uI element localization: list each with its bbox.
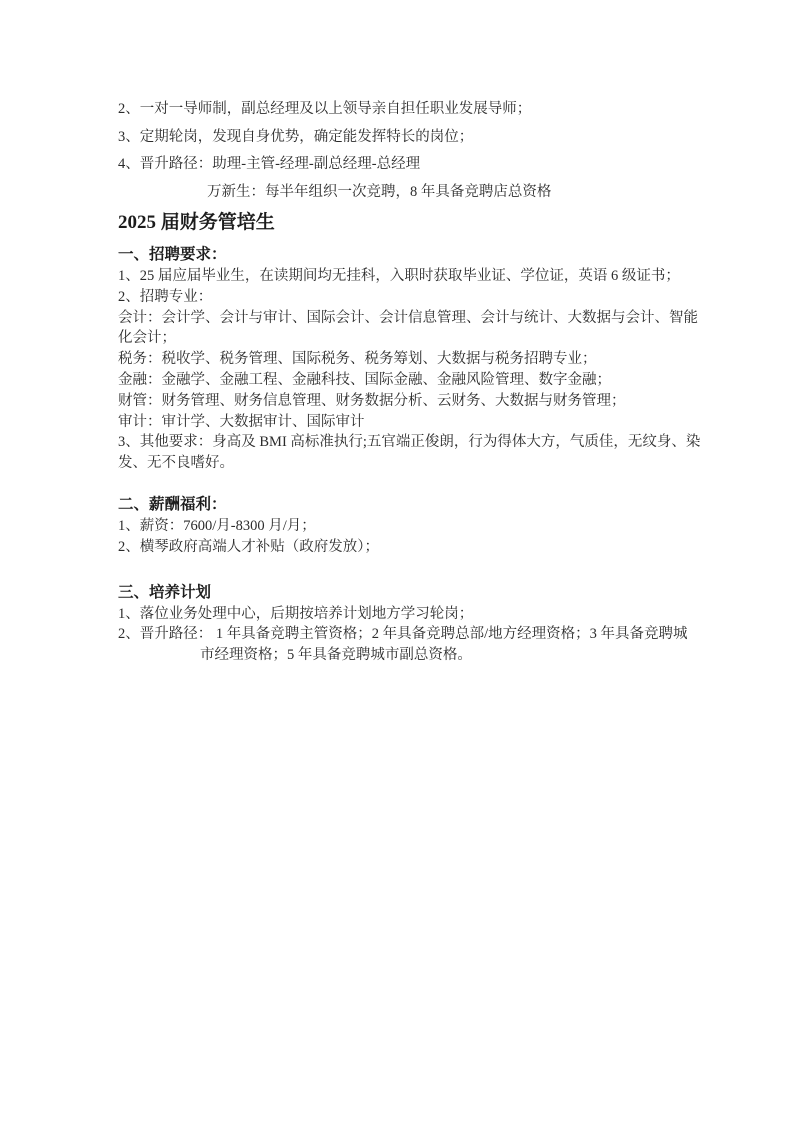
body-line: 1、25 届应届毕业生，在读期间均无挂科，入职时获取毕业证、学位证，英语 6 级… bbox=[118, 266, 719, 287]
body-line: 会计：会计学、会计与审计、国际会计、会计信息管理、会计与统计、大数据与会计、智能 bbox=[118, 308, 719, 329]
body-line: 财管：财务管理、财务信息管理、财务数据分析、云财务、大数据与财务管理； bbox=[118, 391, 719, 412]
section-heading-salary: 二、薪酬福利： bbox=[118, 494, 719, 516]
section-body-salary: 1、薪资：7600/月-8300 月/月； 2、横琴政府高端人才补贴（政府发放）… bbox=[118, 516, 719, 558]
section-body-training: 1、落位业务处理中心，后期按培养计划地方学习轮岗； 2、晋升路径： 1 年具备竞… bbox=[118, 604, 719, 666]
document-content: 2、一对一导师制，副总经理及以上领导亲自担任职业发展导师； 3、定期轮岗，发现自… bbox=[118, 96, 719, 666]
body-line: 金融：金融学、金融工程、金融科技、国际金融、金融风险管理、数字金融； bbox=[118, 370, 719, 391]
body-line: 1、薪资：7600/月-8300 月/月； bbox=[118, 516, 719, 537]
document-page: 2、一对一导师制，副总经理及以上领导亲自担任职业发展导师； 3、定期轮岗，发现自… bbox=[0, 0, 799, 1131]
intro-line-rotation: 3、定期轮岗，发现自身优势，确定能发挥特长的岗位； bbox=[118, 124, 719, 152]
section-heading-training: 三、培养计划 bbox=[118, 582, 719, 604]
section-training-plan: 三、培养计划 1、落位业务处理中心，后期按培养计划地方学习轮岗； 2、晋升路径：… bbox=[118, 582, 719, 666]
body-line: 化会计； bbox=[118, 328, 719, 349]
section-heading-recruitment: 一、招聘要求： bbox=[118, 244, 719, 266]
body-line: 1、落位业务处理中心，后期按培养计划地方学习轮岗； bbox=[118, 604, 719, 625]
body-line: 发、无不良嗜好。 bbox=[118, 453, 719, 474]
body-line: 审计：审计学、大数据审计、国际审计 bbox=[118, 412, 719, 433]
section-salary-benefits: 二、薪酬福利： 1、薪资：7600/月-8300 月/月； 2、横琴政府高端人才… bbox=[118, 494, 719, 558]
body-line: 税务：税收学、税务管理、国际税务、税务筹划、大数据与税务招聘专业； bbox=[118, 349, 719, 370]
body-line: 市经理资格；5 年具备竞聘城市副总资格。 bbox=[118, 645, 719, 666]
intro-paragraph: 2、一对一导师制，副总经理及以上领导亲自担任职业发展导师； 3、定期轮岗，发现自… bbox=[118, 96, 719, 206]
body-line: 2、晋升路径： 1 年具备竞聘主管资格；2 年具备竞聘总部/地方经理资格；3 年… bbox=[118, 624, 719, 645]
section-recruitment-requirements: 一、招聘要求： 1、25 届应届毕业生，在读期间均无挂科，入职时获取毕业证、学位… bbox=[118, 244, 719, 474]
intro-line-newcomer-competition: 万新生：每半年组织一次竞聘，8 年具备竞聘店总资格 bbox=[118, 179, 719, 207]
page-title: 2025 届财务管培生 bbox=[118, 210, 719, 236]
intro-line-promotion-path: 4、晋升路径：助理-主管-经理-副总经理-总经理 bbox=[118, 151, 719, 179]
intro-line-mentor-system: 2、一对一导师制，副总经理及以上领导亲自担任职业发展导师； bbox=[118, 96, 719, 124]
body-line: 2、横琴政府高端人才补贴（政府发放）； bbox=[118, 537, 719, 558]
body-line: 2、招聘专业： bbox=[118, 287, 719, 308]
section-body-recruitment: 1、25 届应届毕业生，在读期间均无挂科，入职时获取毕业证、学位证，英语 6 级… bbox=[118, 266, 719, 474]
body-line: 3、其他要求：身高及 BMI 高标准执行;五官端正俊朗，行为得体大方，气质佳，无… bbox=[118, 432, 719, 453]
